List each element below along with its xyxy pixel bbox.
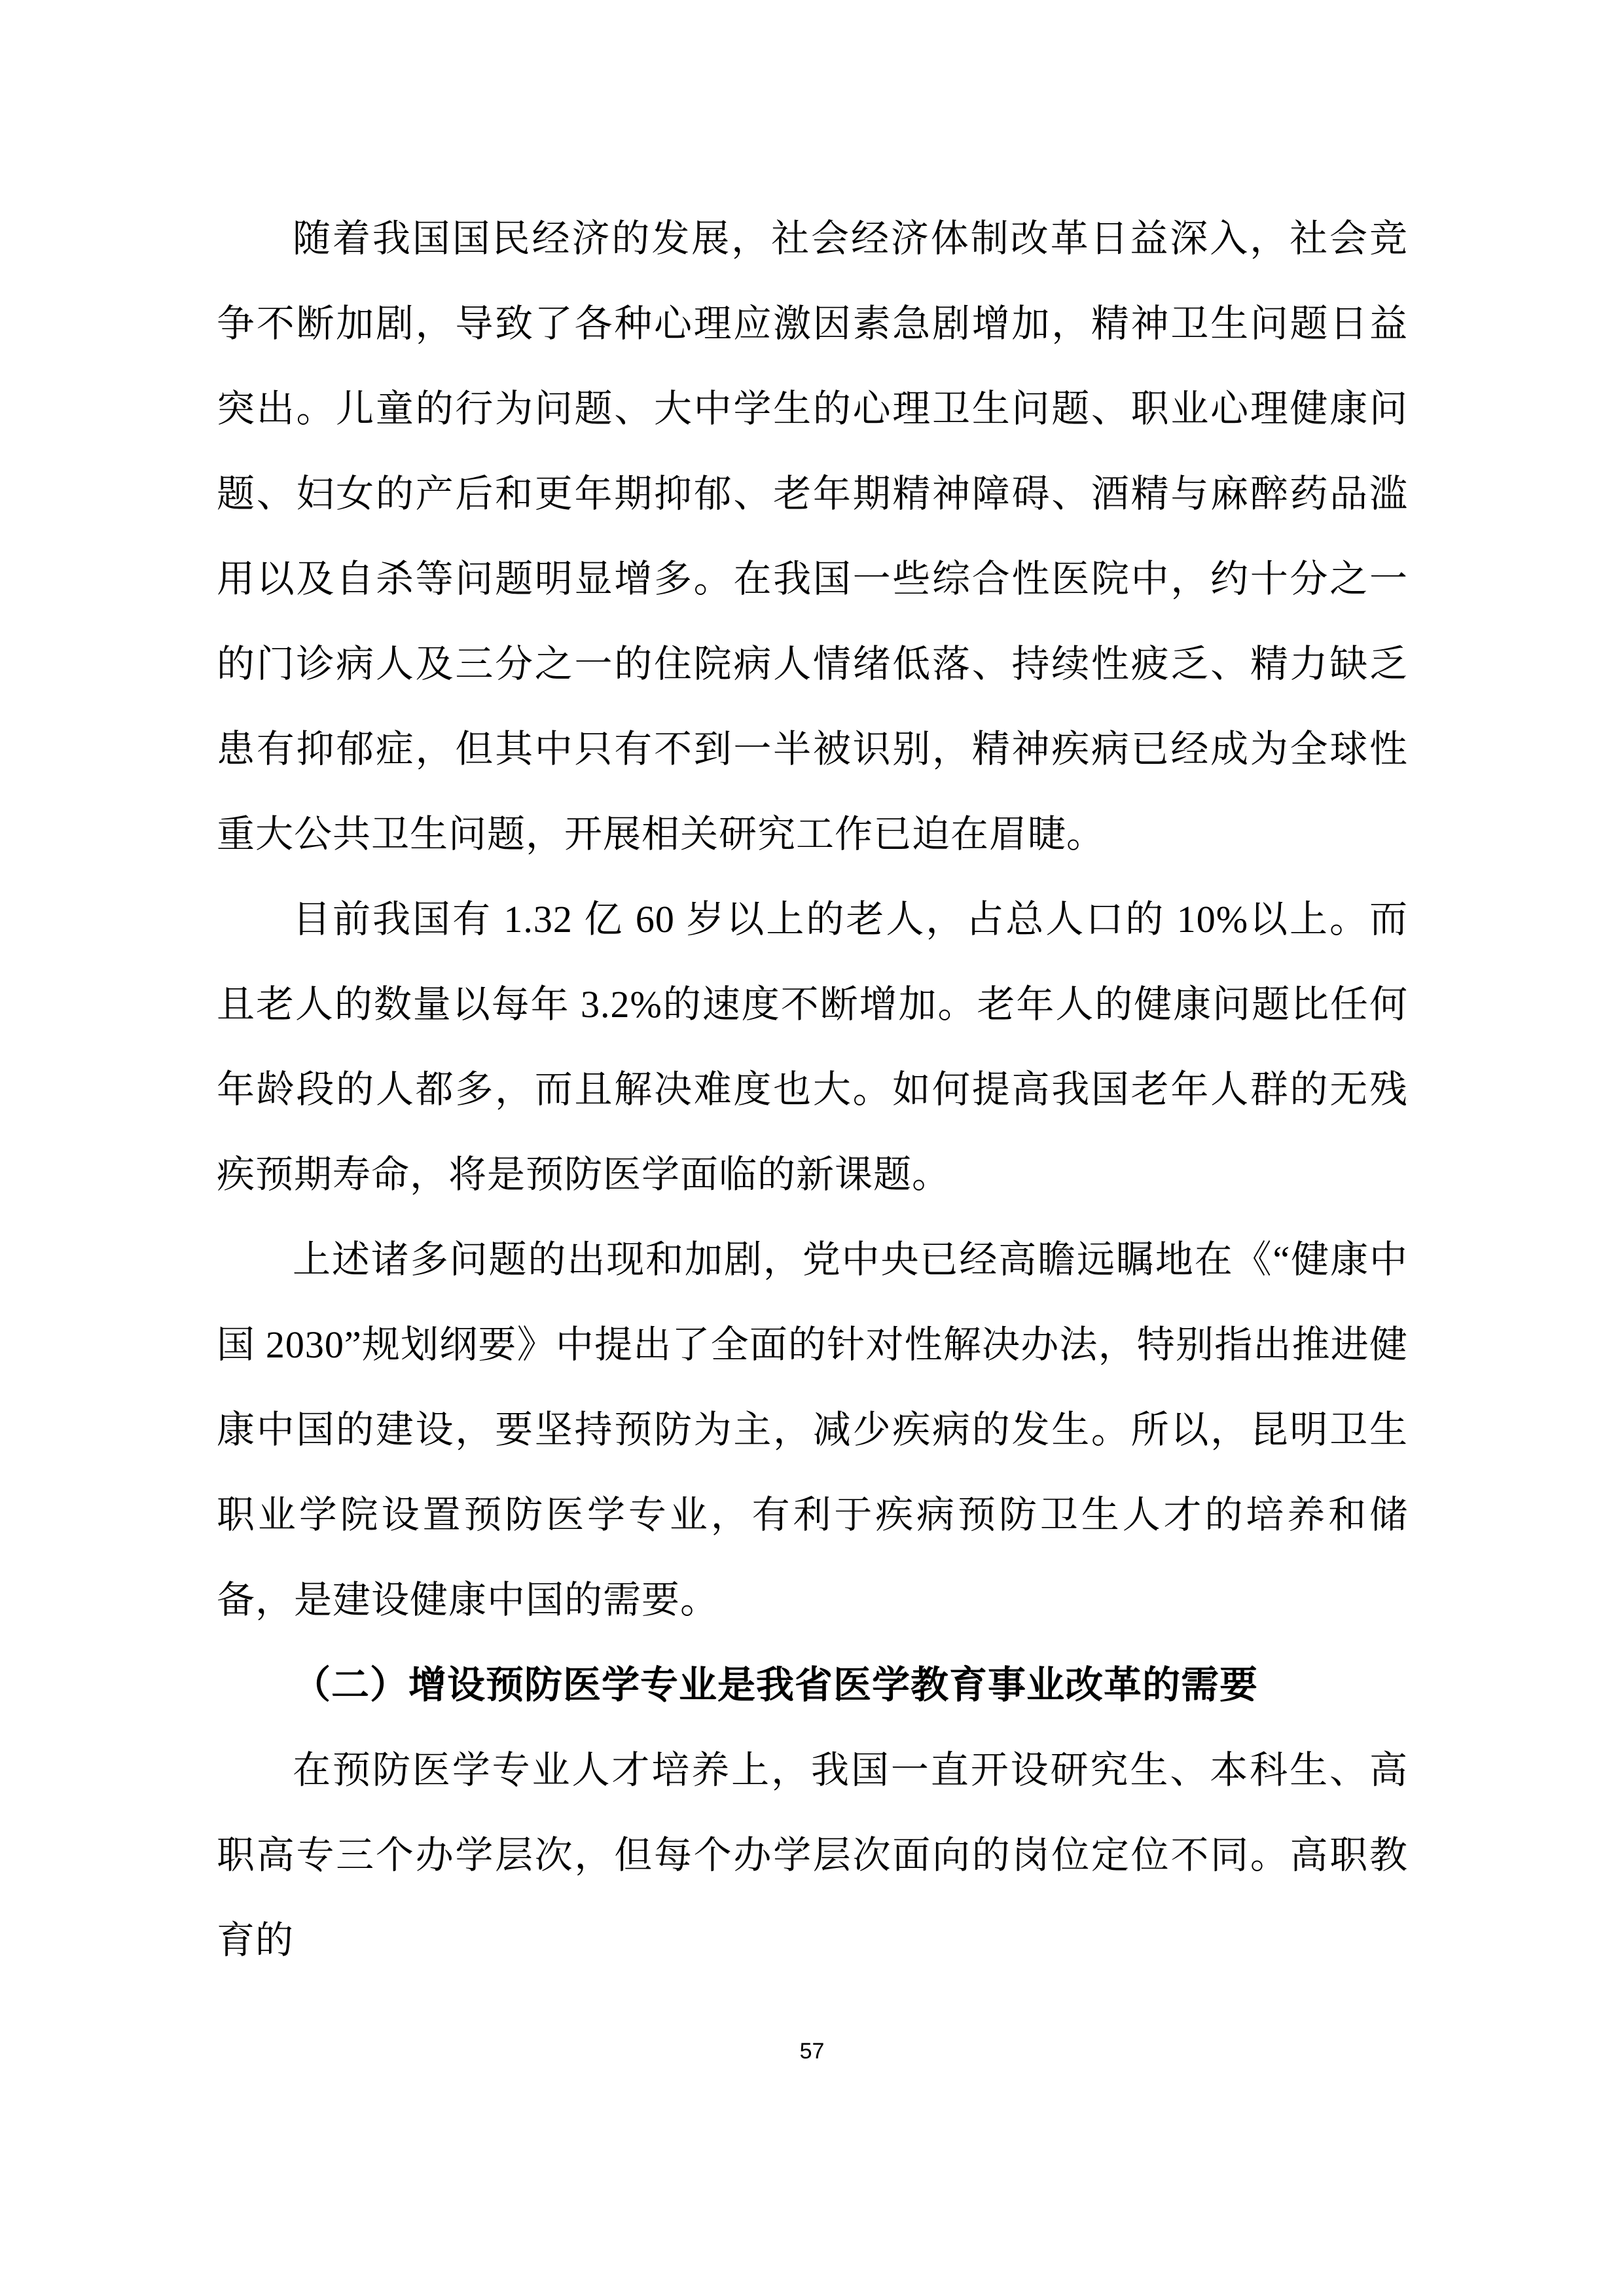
section-heading-2: （二）增设预防医学专业是我省医学教育事业改革的需要 — [217, 1643, 1408, 1728]
paragraph-aging-population: 目前我国有 1.32 亿 60 岁以上的老人，占总人口的 10%以上。而且老人的… — [217, 877, 1408, 1217]
document-content: 随着我国国民经济的发展，社会经济体制改革日益深入，社会竞争不断加剧，导致了各种心… — [217, 196, 1408, 1983]
page-footer: 57 — [0, 2037, 1624, 2066]
paragraph-education-levels: 在预防医学专业人才培养上，我国一直开设研究生、本科生、高职高专三个办学层次，但每… — [217, 1728, 1408, 1983]
paragraph-healthy-china-2030: 上述诸多问题的出现和加剧，党中央已经高瞻远瞩地在《“健康中国 2030”规划纲要… — [217, 1217, 1408, 1643]
document-page: 随着我国国民经济的发展，社会经济体制改革日益深入，社会竞争不断加剧，导致了各种心… — [0, 0, 1624, 2296]
paragraph-mental-health: 随着我国国民经济的发展，社会经济体制改革日益深入，社会竞争不断加剧，导致了各种心… — [217, 196, 1408, 877]
page-number: 57 — [800, 2039, 825, 2064]
